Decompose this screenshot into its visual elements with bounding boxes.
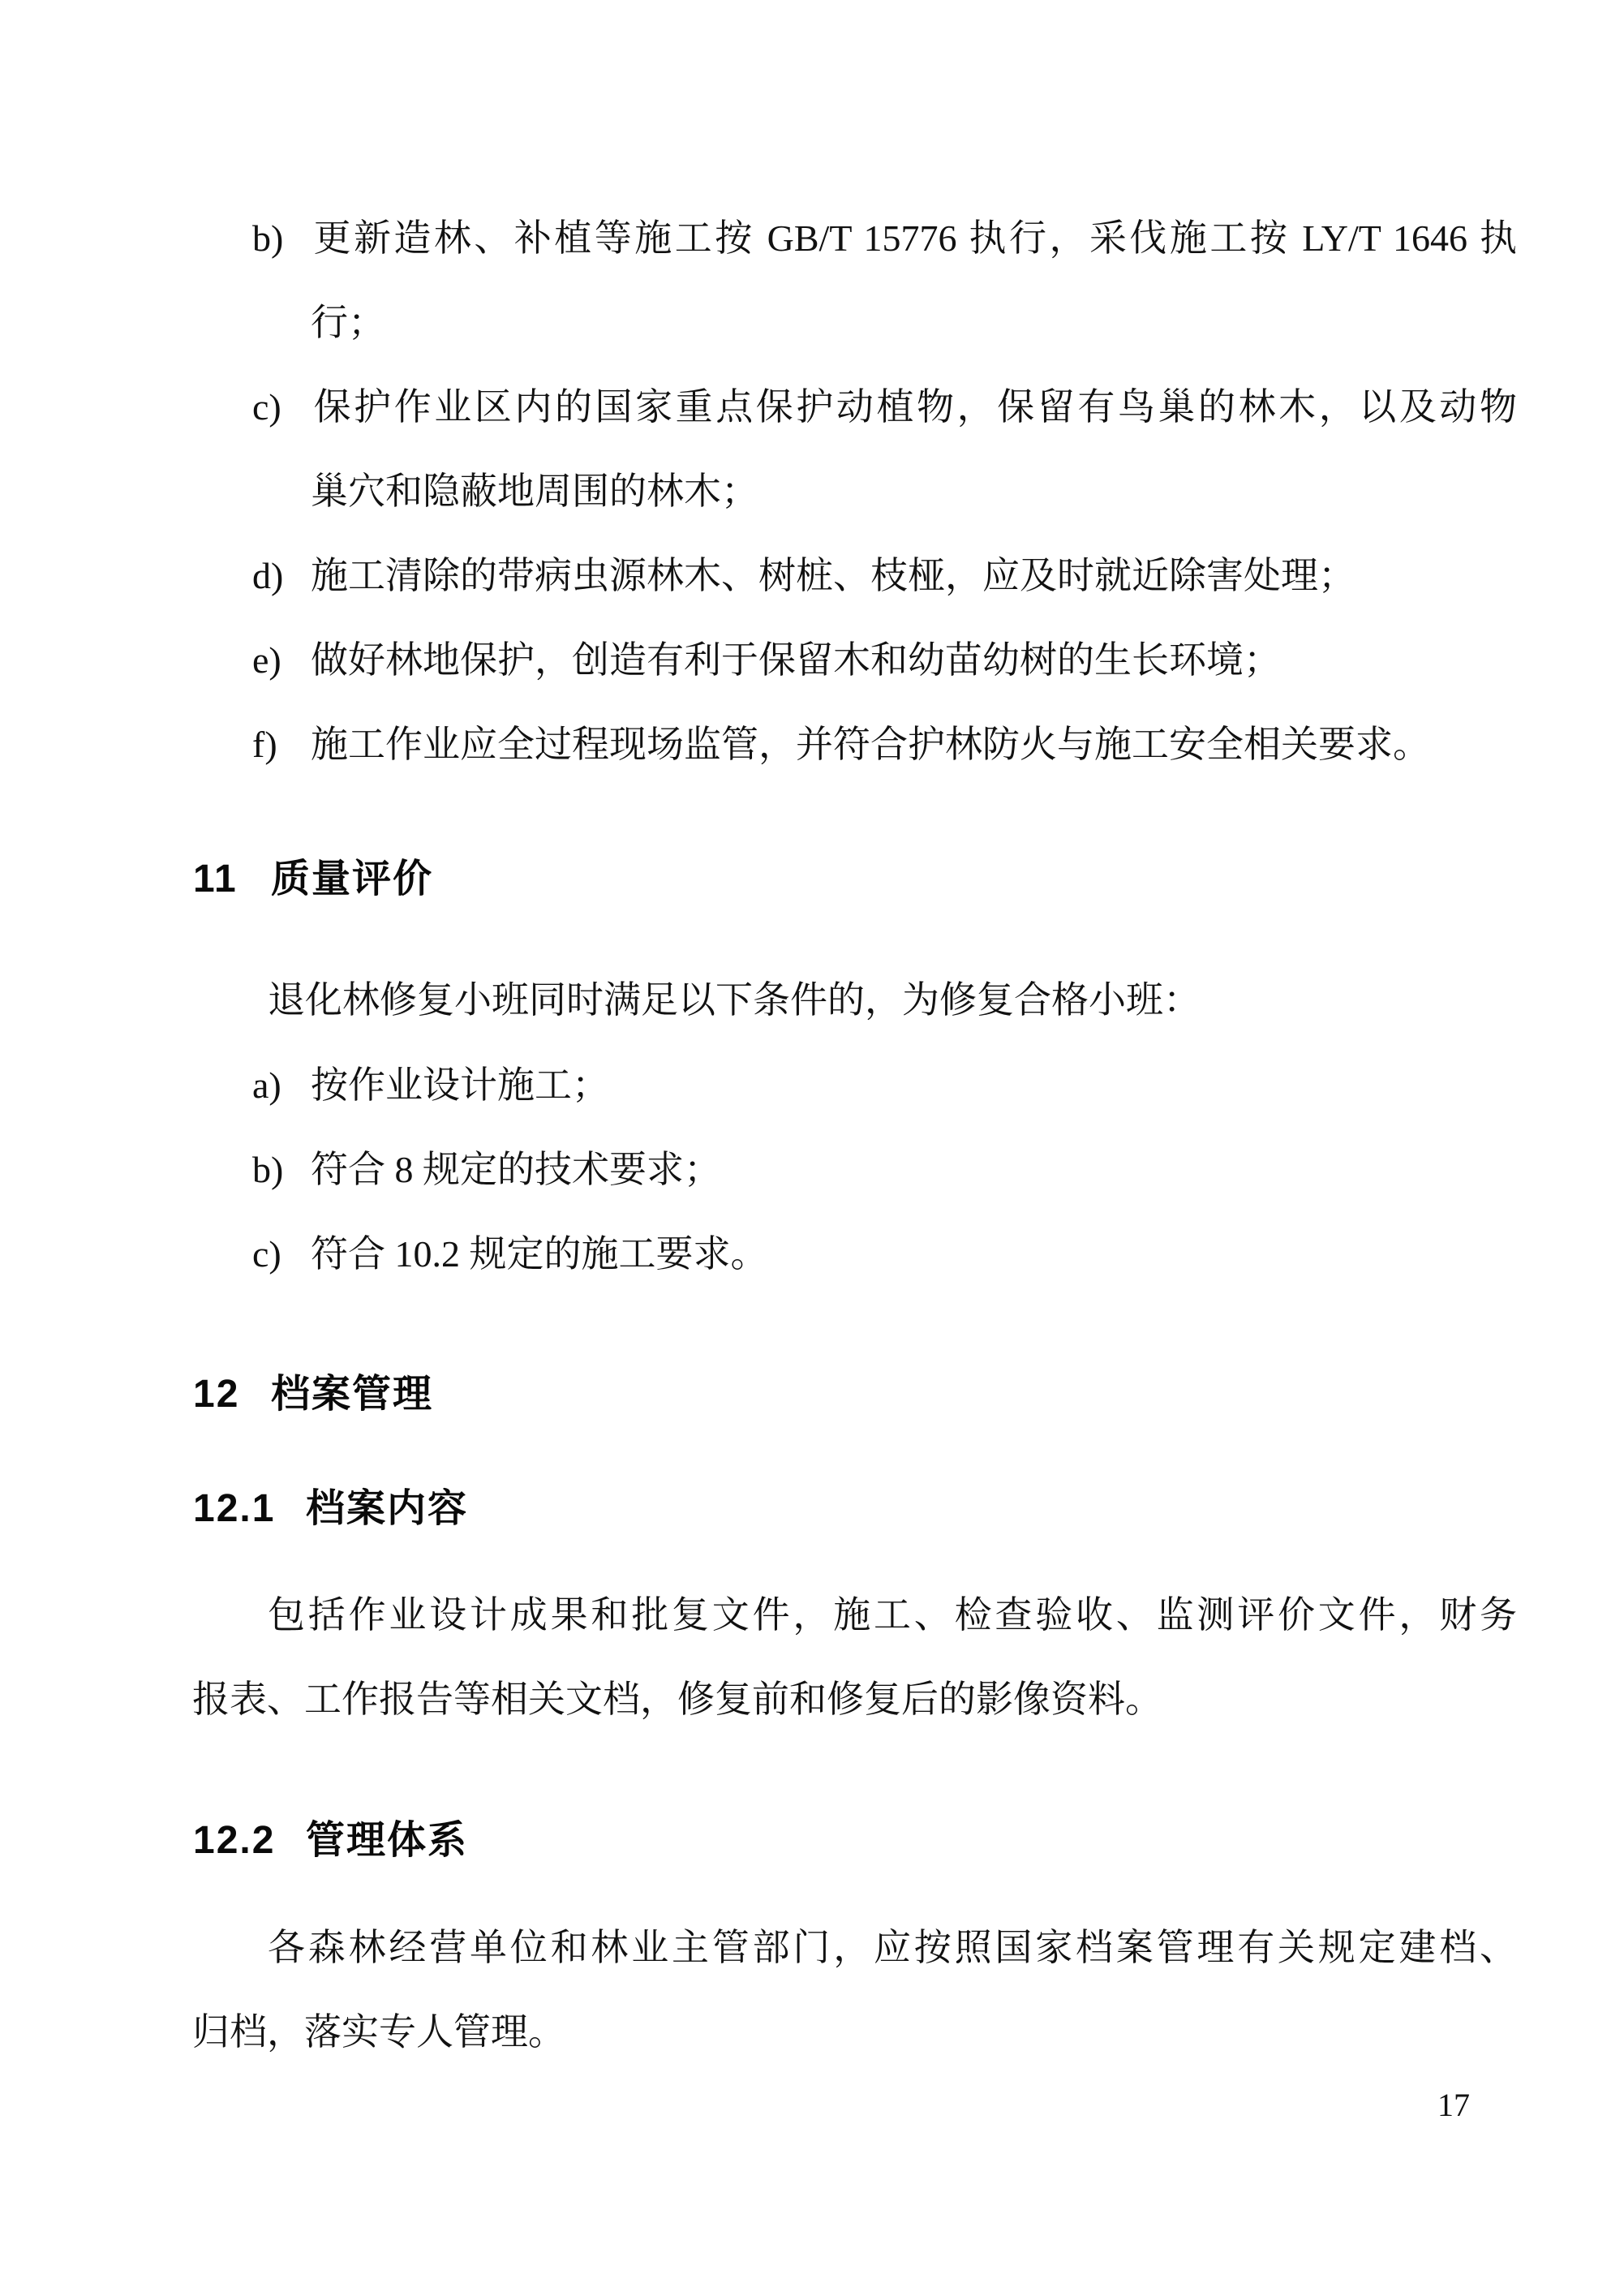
section-11-heading: 11质量评价 (193, 858, 433, 901)
section-12-2-line2: 归档，落实专人管理。 (192, 1990, 1517, 2075)
list-marker-a: a) (252, 1043, 311, 1128)
section-12-1-title: 档案内容 (306, 1487, 468, 1530)
section-12-2-heading: 12.2管理体系 (193, 1820, 468, 1862)
section-11-title: 质量评价 (271, 858, 433, 901)
list-marker-e: e) (252, 618, 311, 703)
list-item-b2-text: 符合 8 规定的技术要求； (311, 1149, 721, 1190)
section-12-2-line1: 各森林经营单位和林业主管部门，应按照国家档案管理有关规定建档、 (192, 1906, 1517, 1990)
section-12-2-paragraph: 各森林经营单位和林业主管部门，应按照国家档案管理有关规定建档、 归档，落实专人管… (192, 1906, 1517, 2075)
list-item-e-text: 做好林地保护，创造有利于保留木和幼苗幼树的生长环境； (311, 639, 1281, 681)
list-item-c-line2: 巢穴和隐蔽地周围的林木； (252, 449, 1517, 534)
section-12-1-line1: 包括作业设计成果和批复文件，施工、检查验收、监测评价文件，财务 (192, 1573, 1517, 1658)
page-number: 17 (1437, 2087, 1470, 2123)
section-12-2-number: 12.2 (193, 1820, 306, 1862)
section-11-intro-line: 退化林修复小班同时满足以下条件的，为修复合格小班： (268, 958, 1533, 1043)
document-page: b)更新造林、补植等施工按 GB/T 15776 执行，采伐施工按 LY/T 1… (0, 0, 1624, 2296)
list-item-b-line1: b)更新造林、补植等施工按 GB/T 15776 执行，采伐施工按 LY/T 1… (252, 196, 1517, 281)
section-12-1-paragraph: 包括作业设计成果和批复文件，施工、检查验收、监测评价文件，财务 报表、工作报告等… (192, 1573, 1517, 1742)
list-marker-f: f) (252, 703, 311, 787)
list-item-f: f)施工作业应全过程现场监管，并符合护林防火与施工安全相关要求。 (252, 703, 1517, 787)
list-item-b-text: 更新造林、补植等施工按 GB/T 15776 执行，采伐施工按 LY/T 164… (311, 217, 1517, 259)
list-item-d: d)施工清除的带病虫源林木、树桩、枝桠，应及时就近除害处理； (252, 534, 1517, 618)
list-quality-conditions: a)按作业设计施工； b)符合 8 规定的技术要求； c)符合 10.2 规定的… (252, 1043, 1517, 1296)
section-12-2-title: 管理体系 (306, 1819, 468, 1862)
section-11-number: 11 (193, 858, 271, 901)
list-marker-b: b) (252, 196, 311, 281)
section-12-1-line2: 报表、工作报告等相关文档，修复前和修复后的影像资料。 (192, 1658, 1517, 1742)
list-item-a-text: 按作业设计施工； (311, 1064, 609, 1106)
list-item-c-text: 保护作业区内的国家重点保护动植物，保留有鸟巢的林木，以及动物 (311, 386, 1517, 428)
list-item-c2: c)符合 10.2 规定的施工要求。 (252, 1212, 1517, 1296)
section-12-number: 12 (193, 1374, 271, 1416)
list-item-b-line2: 行； (252, 281, 1517, 365)
list-item-f-text: 施工作业应全过程现场监管，并符合护林防火与施工安全相关要求。 (311, 724, 1430, 765)
section-12-1-heading: 12.1档案内容 (193, 1488, 468, 1530)
section-12-heading: 12档案管理 (193, 1374, 433, 1416)
list-item-d-text: 施工清除的带病虫源林木、树桩、枝桠，应及时就近除害处理； (311, 555, 1355, 596)
list-item-e: e)做好林地保护，创造有利于保留木和幼苗幼树的生长环境； (252, 618, 1517, 703)
section-11-intro: 退化林修复小班同时满足以下条件的，为修复合格小班： (268, 958, 1533, 1043)
list-item-a: a)按作业设计施工； (252, 1043, 1517, 1128)
list-marker-b2: b) (252, 1128, 311, 1212)
list-marker-c: c) (252, 365, 311, 449)
list-item-c2-text: 符合 10.2 规定的施工要求。 (311, 1233, 768, 1275)
list-item-b2: b)符合 8 规定的技术要求； (252, 1128, 1517, 1212)
list-construction-requirements: b)更新造林、补植等施工按 GB/T 15776 执行，采伐施工按 LY/T 1… (252, 196, 1517, 787)
section-12-title: 档案管理 (271, 1373, 433, 1416)
list-marker-c2: c) (252, 1212, 311, 1296)
section-12-1-number: 12.1 (193, 1488, 306, 1530)
list-marker-d: d) (252, 534, 311, 618)
list-item-c-line1: c)保护作业区内的国家重点保护动植物，保留有鸟巢的林木，以及动物 (252, 365, 1517, 449)
